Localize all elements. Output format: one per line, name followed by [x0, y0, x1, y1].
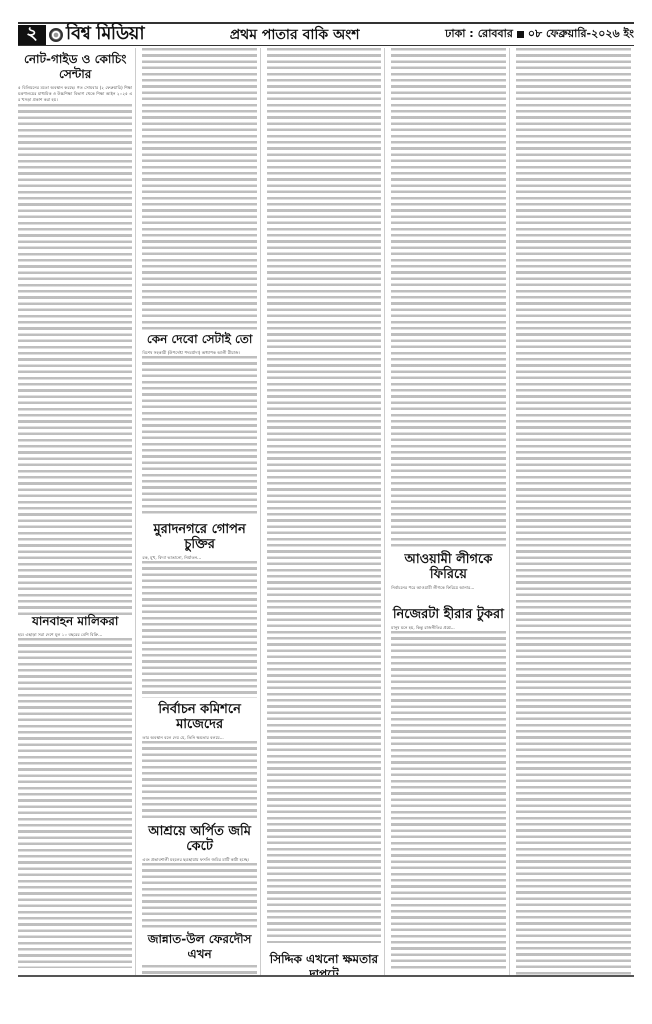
section-title: প্রথম পাতার বাকি অংশ	[230, 23, 360, 47]
article-body-text	[391, 631, 505, 971]
article: নোট-গাইড ও কোচিং সেন্টার ৫ বিলিয়নের মতো…	[18, 48, 132, 618]
article: যানবাহন মালিকরা হয়। এছাড়া সরা দেশে মূল…	[18, 610, 132, 975]
article-body-text	[18, 638, 132, 968]
masthead-brand-group: ২ বিশ্ব মিডিয়া	[18, 24, 144, 45]
article: সিদ্দিক এখনো ক্ষমতার দাপটে	[267, 948, 381, 975]
article-headline: আশ্রয়ে অর্পিত জমি কেটে	[142, 824, 256, 854]
article-body-text	[142, 741, 256, 818]
dateline-day: রোববার	[478, 25, 513, 44]
column-5	[516, 48, 634, 975]
article: জান্নাত-উল ফেরদৌস এখন	[142, 928, 256, 975]
dateline-date: ০৮ ফেব্রুয়ারি-২০২৬ ইং	[528, 25, 634, 44]
article-headline: কেন দেবো সেটাই তো	[142, 332, 256, 347]
article-headline: আওয়ামী লীগকে ফিরিয়ে	[391, 552, 505, 582]
article-headline: মুরাদনগরে গোপন চুক্তির	[142, 522, 256, 552]
brand-name: বিশ্ব মিডিয়া	[66, 19, 144, 50]
news-columns: নোট-গাইড ও কোচিং সেন্টার ৫ বিলিয়নের মতো…	[18, 48, 634, 975]
article-body-text	[391, 48, 505, 548]
column-2: কেন দেবো সেটাই তো বিশেষ সহকারী (উপদেষ্টা…	[142, 48, 260, 975]
dateline: ঢাকা : রোববার ০৮ ফেব্রুয়ারি-২০২৬ ইং	[445, 25, 634, 44]
column-3: সিদ্দিক এখনো ক্ষমতার দাপটে	[267, 48, 385, 975]
article-body-lead: নির্বাচনের পরে আওয়ামী লীগকে ফিরিয়ে আনা…	[391, 585, 505, 591]
page-number: ২	[18, 25, 46, 45]
square-bullet-icon	[517, 31, 524, 38]
article-body-text	[18, 104, 132, 618]
article-body-text	[267, 48, 381, 943]
article-headline: নোট-গাইড ও কোচিং সেন্টার	[18, 52, 132, 82]
article-body-text	[142, 48, 256, 330]
article-body-text	[142, 965, 256, 975]
article-headline: সিদ্দিক এখনো ক্ষমতার দাপটে	[267, 952, 381, 975]
article: নিজেরটা হীরার টুকরা মানুষ মনে হয়, কিন্ত…	[391, 603, 505, 975]
article-headline: যানবাহন মালিকরা	[18, 614, 132, 629]
article-headline: জান্নাত-উল ফেরদৌস এখন	[142, 932, 256, 962]
article-body-text	[516, 48, 631, 975]
dateline-city: ঢাকা :	[445, 25, 474, 44]
logo-icon	[49, 28, 63, 42]
article-headline: নিজেরটা হীরার টুকরা	[391, 607, 505, 622]
article: আওয়ামী লীগকে ফিরিয়ে নির্বাচনের পরে আওয…	[391, 548, 505, 598]
article-body-lead: ৫ বিলিয়নের মতো অবস্থান করছে। গত সোমবার …	[18, 85, 132, 104]
article: আশ্রয়ে অর্পিত জমি কেটে এবং প্রভাবশালী ম…	[142, 820, 256, 930]
column-1: নোট-গাইড ও কোচিং সেন্টার ৫ বিলিয়নের মতো…	[18, 48, 136, 975]
column-4: আওয়ামী লীগকে ফিরিয়ে নির্বাচনের পরে আওয…	[391, 48, 509, 975]
article-body-text	[142, 356, 256, 516]
article: নির্বাচন কমিশনে মাজেদের তার অবস্থান বলে …	[142, 698, 256, 818]
article-body-text	[142, 561, 256, 698]
article: কেন দেবো সেটাই তো বিশেষ সহকারী (উপদেষ্টা…	[142, 328, 256, 518]
masthead: ২ বিশ্ব মিডিয়া প্রথম পাতার বাকি অংশ ঢাক…	[18, 22, 634, 46]
bottom-rule	[18, 975, 634, 977]
article-body-text	[142, 863, 256, 930]
article: মুরাদনগরে গোপন চুক্তির রক, মুখ, বিদ্যা ভ…	[142, 518, 256, 698]
article-headline: নির্বাচন কমিশনে মাজেদের	[142, 702, 256, 732]
